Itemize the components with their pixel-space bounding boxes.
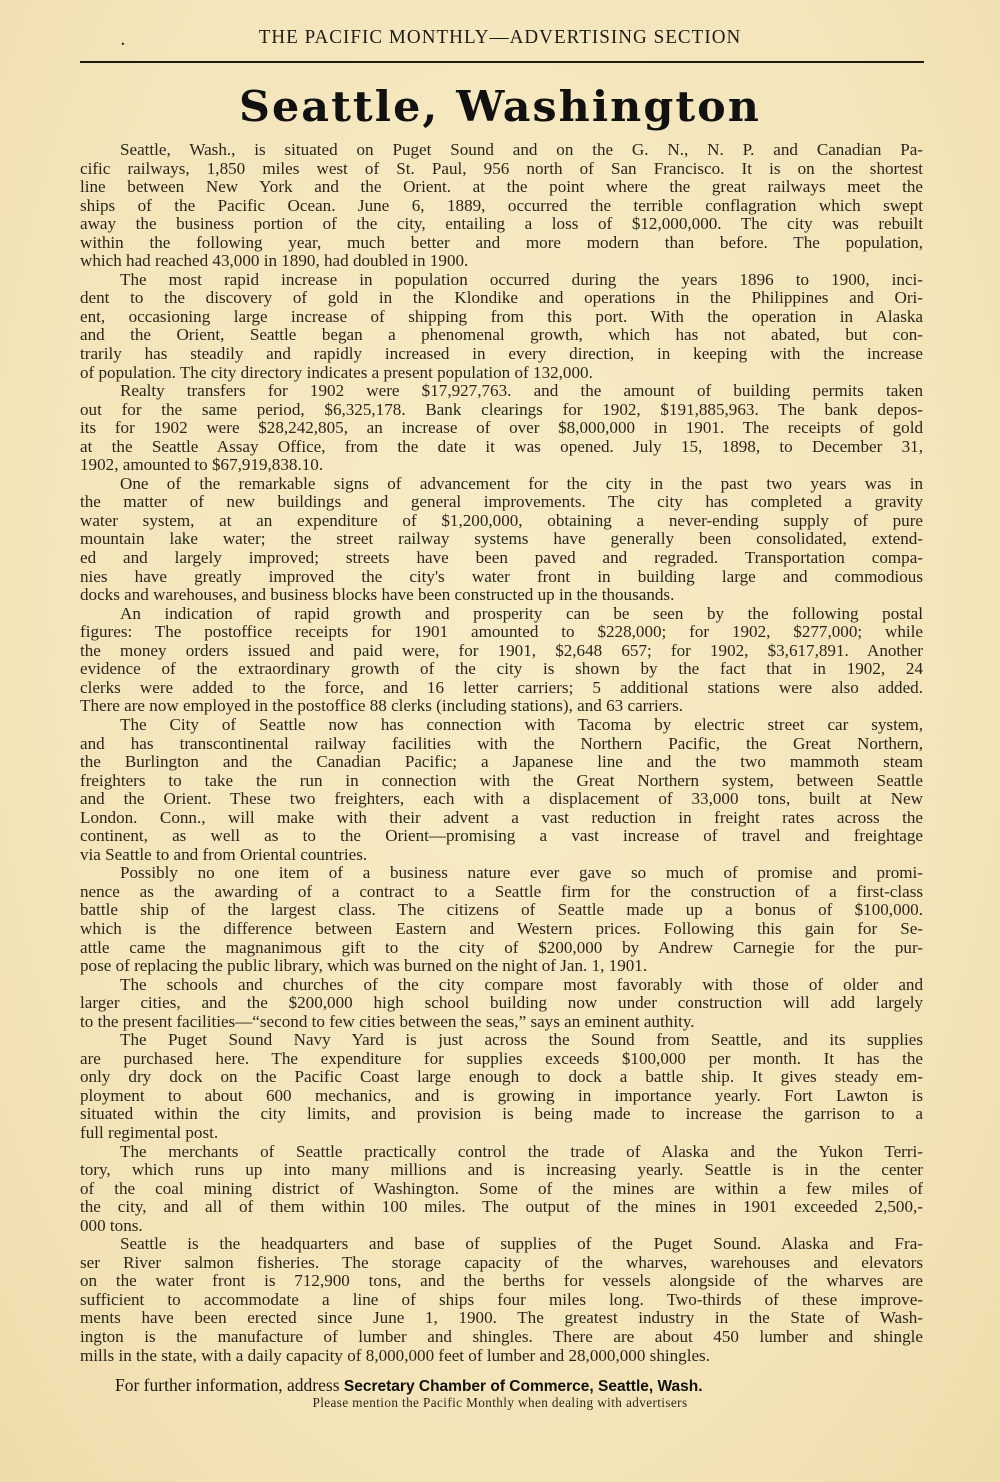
text-line: which is the difference between Eastern … [80,920,923,939]
text-line: the money orders issued and paid were, f… [80,642,923,661]
text-line: only dry dock on the Pacific Coast large… [80,1068,923,1087]
text-line: the matter of new buildings and general … [80,493,923,512]
text-line: its for 1902 were $28,242,805, an increa… [80,419,923,438]
paragraph: One of the remarkable signs of advanceme… [80,475,923,605]
text-line: nence as the awarding of a contract to a… [80,883,923,902]
text-line: Seattle, Wash., is situated on Puget Sou… [80,141,923,160]
text-line: Seattle is the headquarters and base of … [80,1235,923,1254]
text-line: clerks were added to the force, and 16 l… [80,679,923,698]
header-rule [80,61,924,63]
text-line: and the Orient. These two freighters, ea… [80,790,923,809]
text-line: battle ship of the largest class. The ci… [80,901,923,920]
text-line: are purchased here. The expenditure for … [80,1050,923,1069]
text-line: ser River salmon fisheries. The storage … [80,1254,923,1273]
paragraph: An indication of rapid growth and prospe… [80,605,923,716]
contact-prefix: For further information, address [115,1375,344,1395]
paragraph: Possibly no one item of a business natur… [80,864,923,975]
page-title: Seattle, Washington [0,82,1000,131]
text-line: ployment to about 600 mechanics, and is … [80,1087,923,1106]
text-line: at the Seattle Assay Office, from the da… [80,438,923,457]
text-line: Realty transfers for 1902 were $17,927,7… [80,382,923,401]
text-line: which had reached 43,000 in 1890, had do… [80,252,923,271]
text-line: mills in the state, with a daily capacit… [80,1347,923,1366]
text-line: ington is the manufacture of lumber and … [80,1328,923,1347]
text-line: to the present facilities—“second to few… [80,1013,923,1032]
text-line: The most rapid increase in population oc… [80,271,923,290]
text-line: out for the same period, $6,325,178. Ban… [80,401,923,420]
text-line: freighters to take the run in connection… [80,772,923,791]
text-line: and has transcontinental railway facilit… [80,735,923,754]
magazine-page: . THE PACIFIC MONTHLY—ADVERTISING SECTIO… [0,0,1000,1482]
text-line: and the Orient, Seattle began a phenomen… [80,326,923,345]
paragraph: The Puget Sound Navy Yard is just across… [80,1031,923,1142]
text-line: the city, and all of them within 100 mil… [80,1198,923,1217]
text-line: dent to the discovery of gold in the Klo… [80,289,923,308]
paragraph: The City of Seattle now has connection w… [80,716,923,864]
paragraph: Seattle is the headquarters and base of … [80,1235,923,1365]
text-line: 1902, amounted to $67,919,838.10. [80,456,923,475]
running-head-text: THE PACIFIC MONTHLY—ADVERTISING SECTION [259,26,742,48]
contact-address: Secretary Chamber of Commerce, Seattle, … [344,1378,703,1395]
text-line: ments have been erected since June 1, 19… [80,1309,923,1328]
text-line: nies have greatly improved the city's wa… [80,568,923,587]
text-line: figures: The postoffice receipts for 190… [80,623,923,642]
text-line: The schools and churches of the city com… [80,976,923,995]
text-line: away the business portion of the city, e… [80,215,923,234]
text-line: via Seattle to and from Oriental countri… [80,846,923,865]
text-line: mountain lake water; the street railway … [80,530,923,549]
advertiser-note: Please mention the Pacific Monthly when … [0,1395,1000,1411]
text-line: of population. The city directory indica… [80,364,923,383]
text-line: The Puget Sound Navy Yard is just across… [80,1031,923,1050]
text-line: of the coal mining district of Washingto… [80,1180,923,1199]
text-line: pose of replacing the public library, wh… [80,957,923,976]
text-line: ent, occasioning large increase of shipp… [80,308,923,327]
text-line: the Burlington and the Canadian Pacific;… [80,753,923,772]
ink-speck: . [121,28,127,51]
text-line: 000 tons. [80,1217,923,1236]
text-line: There are now employed in the postoffice… [80,697,923,716]
text-line: Possibly no one item of a business natur… [80,864,923,883]
contact-line: For further information, address Secreta… [115,1375,935,1396]
paragraph: The merchants of Seattle practically con… [80,1143,923,1236]
text-line: water system, at an expenditure of $1,20… [80,512,923,531]
paragraph: Seattle, Wash., is situated on Puget Sou… [80,141,923,271]
text-line: London. Conn., will make with their adve… [80,809,923,828]
text-line: within the following year, much better a… [80,234,923,253]
text-line: ships of the Pacific Ocean. June 6, 1889… [80,197,923,216]
article-body: Seattle, Wash., is situated on Puget Sou… [80,141,923,1365]
paragraph: The schools and churches of the city com… [80,976,923,1032]
text-line: evidence of the extraordinary growth of … [80,660,923,679]
text-line: tory, which runs up into many millions a… [80,1161,923,1180]
running-head: . THE PACIFIC MONTHLY—ADVERTISING SECTIO… [35,26,965,49]
text-line: The merchants of Seattle practically con… [80,1143,923,1162]
text-line: The City of Seattle now has connection w… [80,716,923,735]
text-line: cific railways, 1,850 miles west of St. … [80,160,923,179]
text-line: One of the remarkable signs of advanceme… [80,475,923,494]
text-line: An indication of rapid growth and prospe… [80,605,923,624]
text-line: line between New York and the Orient. at… [80,178,923,197]
text-line: sufficient to accommodate a line of ship… [80,1291,923,1310]
text-line: docks and warehouses, and business block… [80,586,923,605]
text-line: trarily has steadily and rapidly increas… [80,345,923,364]
text-line: attle came the magnanimous gift to the c… [80,939,923,958]
paragraph: The most rapid increase in population oc… [80,271,923,382]
text-line: ed and largely improved; streets have be… [80,549,923,568]
text-line: full regimental post. [80,1124,923,1143]
text-line: situated within the city limits, and pro… [80,1105,923,1124]
text-line: on the water front is 712,900 tons, and … [80,1272,923,1291]
text-line: continent, as well as to the Orient—prom… [80,827,923,846]
paragraph: Realty transfers for 1902 were $17,927,7… [80,382,923,475]
text-line: larger cities, and the $200,000 high sch… [80,994,923,1013]
